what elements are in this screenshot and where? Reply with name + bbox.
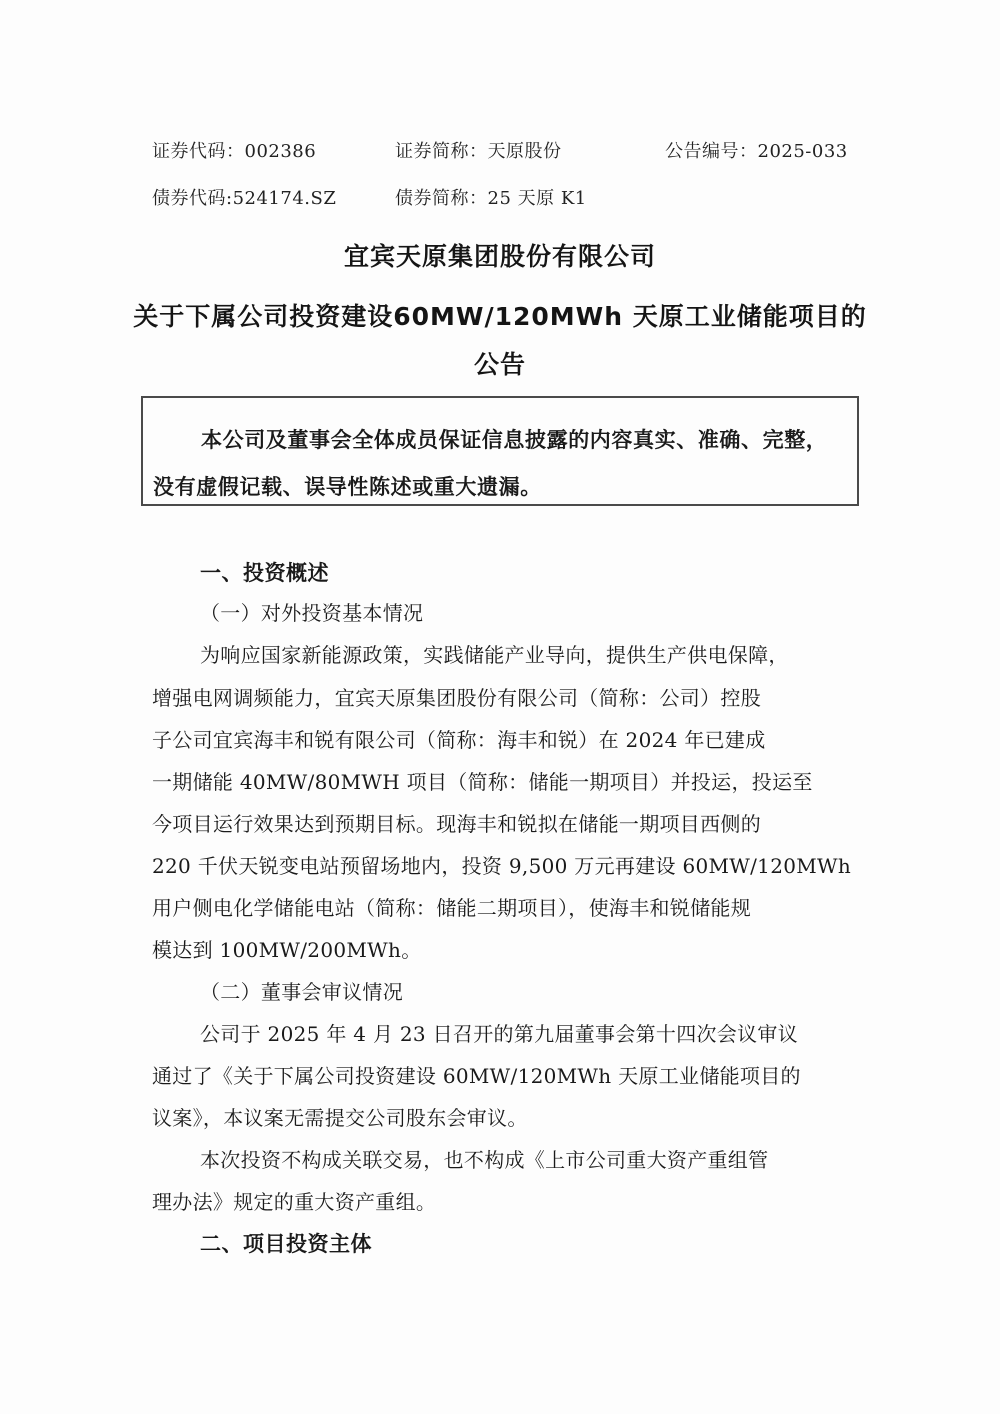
paragraph-line: 子公司宜宾海丰和锐有限公司（简称：海丰和锐）在 2024 年已建成 [152, 728, 766, 752]
paragraph-line: 理办法》规定的重大资产重组。 [152, 1190, 436, 1214]
paragraph-line: 通过了《关于下属公司投资建设 60MW/120MWh 天原工业储能项目的 [152, 1064, 801, 1088]
paragraph-line: 220 千伏天锐变电站预留场地内，投资 9,500 万元再建设 60MW/120… [152, 854, 851, 878]
paragraph-line: 公司于 2025 年 4 月 23 日召开的第九届董事会第十四次会议审议 [200, 1022, 798, 1046]
announcement-title-line2: 公告 [0, 350, 1000, 380]
paragraph-line: 一期储能 40MW/80MWH 项目（简称：储能一期项目）并投运，投运至 [152, 770, 813, 794]
paragraph-line: 为响应国家新能源政策，实践储能产业导向，提供生产供电保障， [200, 643, 789, 667]
paragraph-line: 增强电网调频能力，宜宾天原集团股份有限公司（简称：公司）控股 [152, 686, 761, 710]
disclaimer-box: 本公司及董事会全体成员保证信息披露的内容真实、准确、完整， 没有虚假记载、误导性… [141, 396, 859, 506]
subsection-heading-board-review: （二）董事会审议情况 [200, 980, 403, 1004]
section-heading-investment-overview: 一、投资概述 [200, 561, 329, 585]
bond-abbreviation: 债券简称：25 天原 K1 [395, 187, 587, 211]
announcement-number: 公告编号：2025-033 [665, 140, 848, 164]
section-heading-investment-entity: 二、项目投资主体 [200, 1232, 372, 1256]
disclaimer-line2: 没有虚假记载、误导性陈述或重大遗漏。 [153, 475, 542, 499]
paragraph-line: 用户侧电化学储能电站（简称：储能二期项目），使海丰和锐储能规 [152, 896, 751, 920]
paragraph-line: 模达到 100MW/200MWh。 [152, 938, 422, 962]
bond-code: 债券代码:524174.SZ [152, 187, 336, 211]
stock-abbreviation: 证券简称：天原股份 [395, 140, 562, 164]
subsection-heading-basic-info: （一）对外投资基本情况 [200, 601, 423, 625]
paragraph-line: 今项目运行效果达到预期目标。现海丰和锐拟在储能一期项目西侧的 [152, 812, 761, 836]
disclaimer-line1: 本公司及董事会全体成员保证信息披露的内容真实、准确、完整， [201, 428, 827, 452]
announcement-title-line1: 关于下属公司投资建设60MW/120MWh 天原工业储能项目的 [0, 302, 1000, 332]
company-name-title: 宜宾天原集团股份有限公司 [0, 242, 1000, 272]
document-page: 证券代码：002386 证券简称：天原股份 公告编号：2025-033 债券代码… [0, 0, 1000, 1414]
stock-code: 证券代码：002386 [152, 140, 316, 164]
paragraph-line: 本次投资不构成关联交易，也不构成《上市公司重大资产重组管 [200, 1148, 768, 1172]
paragraph-line: 议案》，本议案无需提交公司股东会审议。 [152, 1106, 528, 1130]
